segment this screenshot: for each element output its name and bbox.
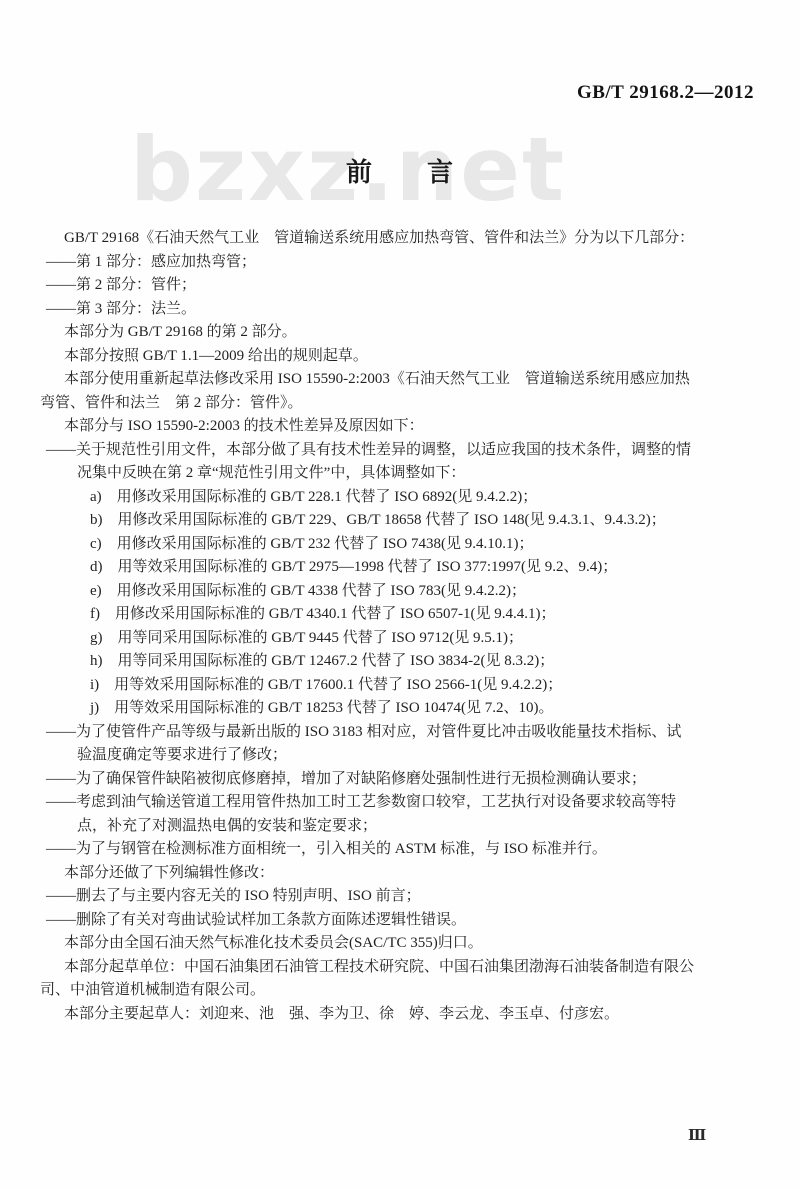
text-line: b) 用修改采用国际标准的 GB/T 229、GB/T 18658 代替了 IS… [40,509,760,533]
text-line: 本部分使用重新起草法修改采用 ISO 15590-2:2003《石油天然气工业 … [40,368,760,392]
page-title: 前 言 [0,152,800,189]
text-line: GB/T 29168《石油天然气工业 管道输送系统用感应加热弯管、管件和法兰》分… [40,227,760,251]
text-line: ——第 1 部分：感应加热弯管； [40,251,760,275]
standard-code: GB/T 29168.2—2012 [577,82,754,104]
text-line: 本部分按照 GB/T 1.1—2009 给出的规则起草。 [40,345,760,369]
text-line: f) 用修改采用国际标准的 GB/T 4340.1 代替了 ISO 6507-1… [40,603,760,627]
text-line: c) 用修改采用国际标准的 GB/T 232 代替了 ISO 7438(见 9.… [40,533,760,557]
page-number: Ⅲ [688,1126,706,1145]
text-line: 本部分起草单位：中国石油集团石油管工程技术研究院、中国石油集团渤海石油装备制造有… [40,956,760,980]
text-line: ——为了使管件产品等级与最新出版的 ISO 3183 相对应，对管件夏比冲击吸收… [40,721,760,745]
text-line: ——第 3 部分：法兰。 [40,298,760,322]
text-line: 验温度确定等要求进行了修改； [40,744,760,768]
text-line: 点，补充了对测温热电偶的安装和鉴定要求； [40,815,760,839]
text-line: 本部分由全国石油天然气标准化技术委员会(SAC/TC 355)归口。 [40,932,760,956]
text-line: ——删去了与主要内容无关的 ISO 特别声明、ISO 前言； [40,885,760,909]
text-line: e) 用修改采用国际标准的 GB/T 4338 代替了 ISO 783(见 9.… [40,580,760,604]
text-line: ——考虑到油气输送管道工程用管件热加工时工艺参数窗口较窄，工艺执行对设备要求较高… [40,791,760,815]
text-line: ——为了与钢管在检测标准方面相统一，引入相关的 ASTM 标准，与 ISO 标准… [40,838,760,862]
foreword-body: GB/T 29168《石油天然气工业 管道输送系统用感应加热弯管、管件和法兰》分… [40,227,760,1026]
text-line: d) 用等效采用国际标准的 GB/T 2975—1998 代替了 ISO 377… [40,556,760,580]
text-line: 本部分与 ISO 15590-2:2003 的技术性差异及原因如下： [40,415,760,439]
text-line: h) 用等同采用国际标准的 GB/T 12467.2 代替了 ISO 3834-… [40,650,760,674]
text-line: g) 用等同采用国际标准的 GB/T 9445 代替了 ISO 9712(见 9… [40,627,760,651]
text-line: i) 用等效采用国际标准的 GB/T 17600.1 代替了 ISO 2566-… [40,674,760,698]
text-line: 司、中油管道机械制造有限公司。 [40,979,760,1003]
text-line: 本部分还做了下列编辑性修改： [40,862,760,886]
text-line: ——关于规范性引用文件，本部分做了具有技术性差异的调整，以适应我国的技术条件，调… [40,439,760,463]
text-line: ——删除了有关对弯曲试验试样加工条款方面陈述逻辑性错误。 [40,909,760,933]
text-line: a) 用修改采用国际标准的 GB/T 228.1 代替了 ISO 6892(见 … [40,486,760,510]
text-line: ——第 2 部分：管件； [40,274,760,298]
document-page: GB/T 29168.2—2012 bzxz.net 前 言 GB/T 2916… [0,0,800,1188]
text-line: j) 用等效采用国际标准的 GB/T 18253 代替了 ISO 10474(见… [40,697,760,721]
text-line: ——为了确保管件缺陷被彻底修磨掉，增加了对缺陷修磨处强制性进行无损检测确认要求； [40,768,760,792]
text-line: 本部分为 GB/T 29168 的第 2 部分。 [40,321,760,345]
text-line: 况集中反映在第 2 章“规范性引用文件”中，具体调整如下： [40,462,760,486]
text-line: 弯管、管件和法兰 第 2 部分：管件》。 [40,392,760,416]
text-line: 本部分主要起草人：刘迎来、池 强、李为卫、徐 婷、李云龙、李玉卓、付彦宏。 [40,1003,760,1027]
